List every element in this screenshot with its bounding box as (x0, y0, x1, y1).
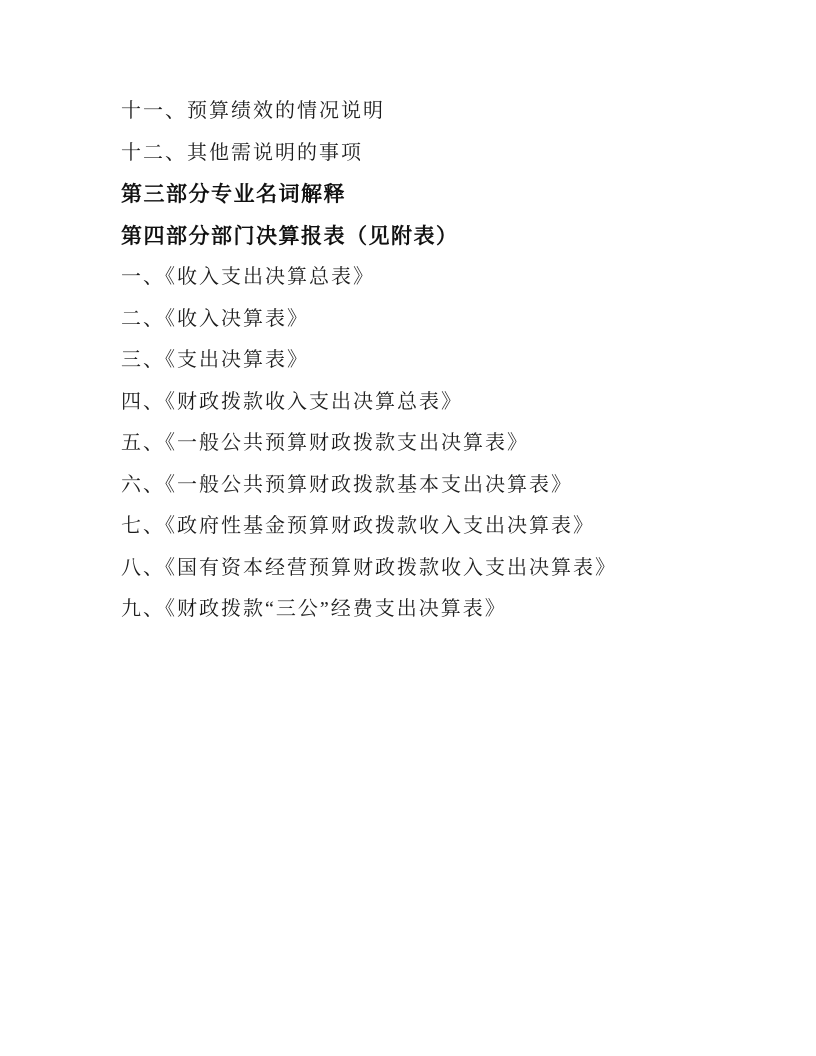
toc-table-7: 七、《政府性基金预算财政拨款收入支出决算表》 (121, 506, 721, 548)
heading-part-3: 第三部分专业名词解释 (121, 174, 721, 216)
toc-table-6: 六、《一般公共预算财政拨款基本支出决算表》 (121, 465, 721, 507)
toc-item-12: 十二、其他需说明的事项 (121, 133, 721, 175)
toc-table-2: 二、《收入决算表》 (121, 299, 721, 341)
toc-table-1: 一、《收入支出决算总表》 (121, 257, 721, 299)
toc-table-9: 九、《财政拨款“三公”经费支出决算表》 (121, 589, 721, 631)
toc-item-11: 十一、预算绩效的情况说明 (121, 91, 721, 133)
document-page: 十一、预算绩效的情况说明 十二、其他需说明的事项 第三部分专业名词解释 第四部分… (0, 0, 816, 1056)
heading-part-4: 第四部分部门决算报表（见附表） (121, 216, 721, 258)
toc-table-8: 八、《国有资本经营预算财政拨款收入支出决算表》 (121, 548, 721, 590)
toc-table-3: 三、《支出决算表》 (121, 340, 721, 382)
toc-table-5: 五、《一般公共预算财政拨款支出决算表》 (121, 423, 721, 465)
toc-table-4: 四、《财政拨款收入支出决算总表》 (121, 382, 721, 424)
toc-content: 十一、预算绩效的情况说明 十二、其他需说明的事项 第三部分专业名词解释 第四部分… (121, 91, 721, 631)
